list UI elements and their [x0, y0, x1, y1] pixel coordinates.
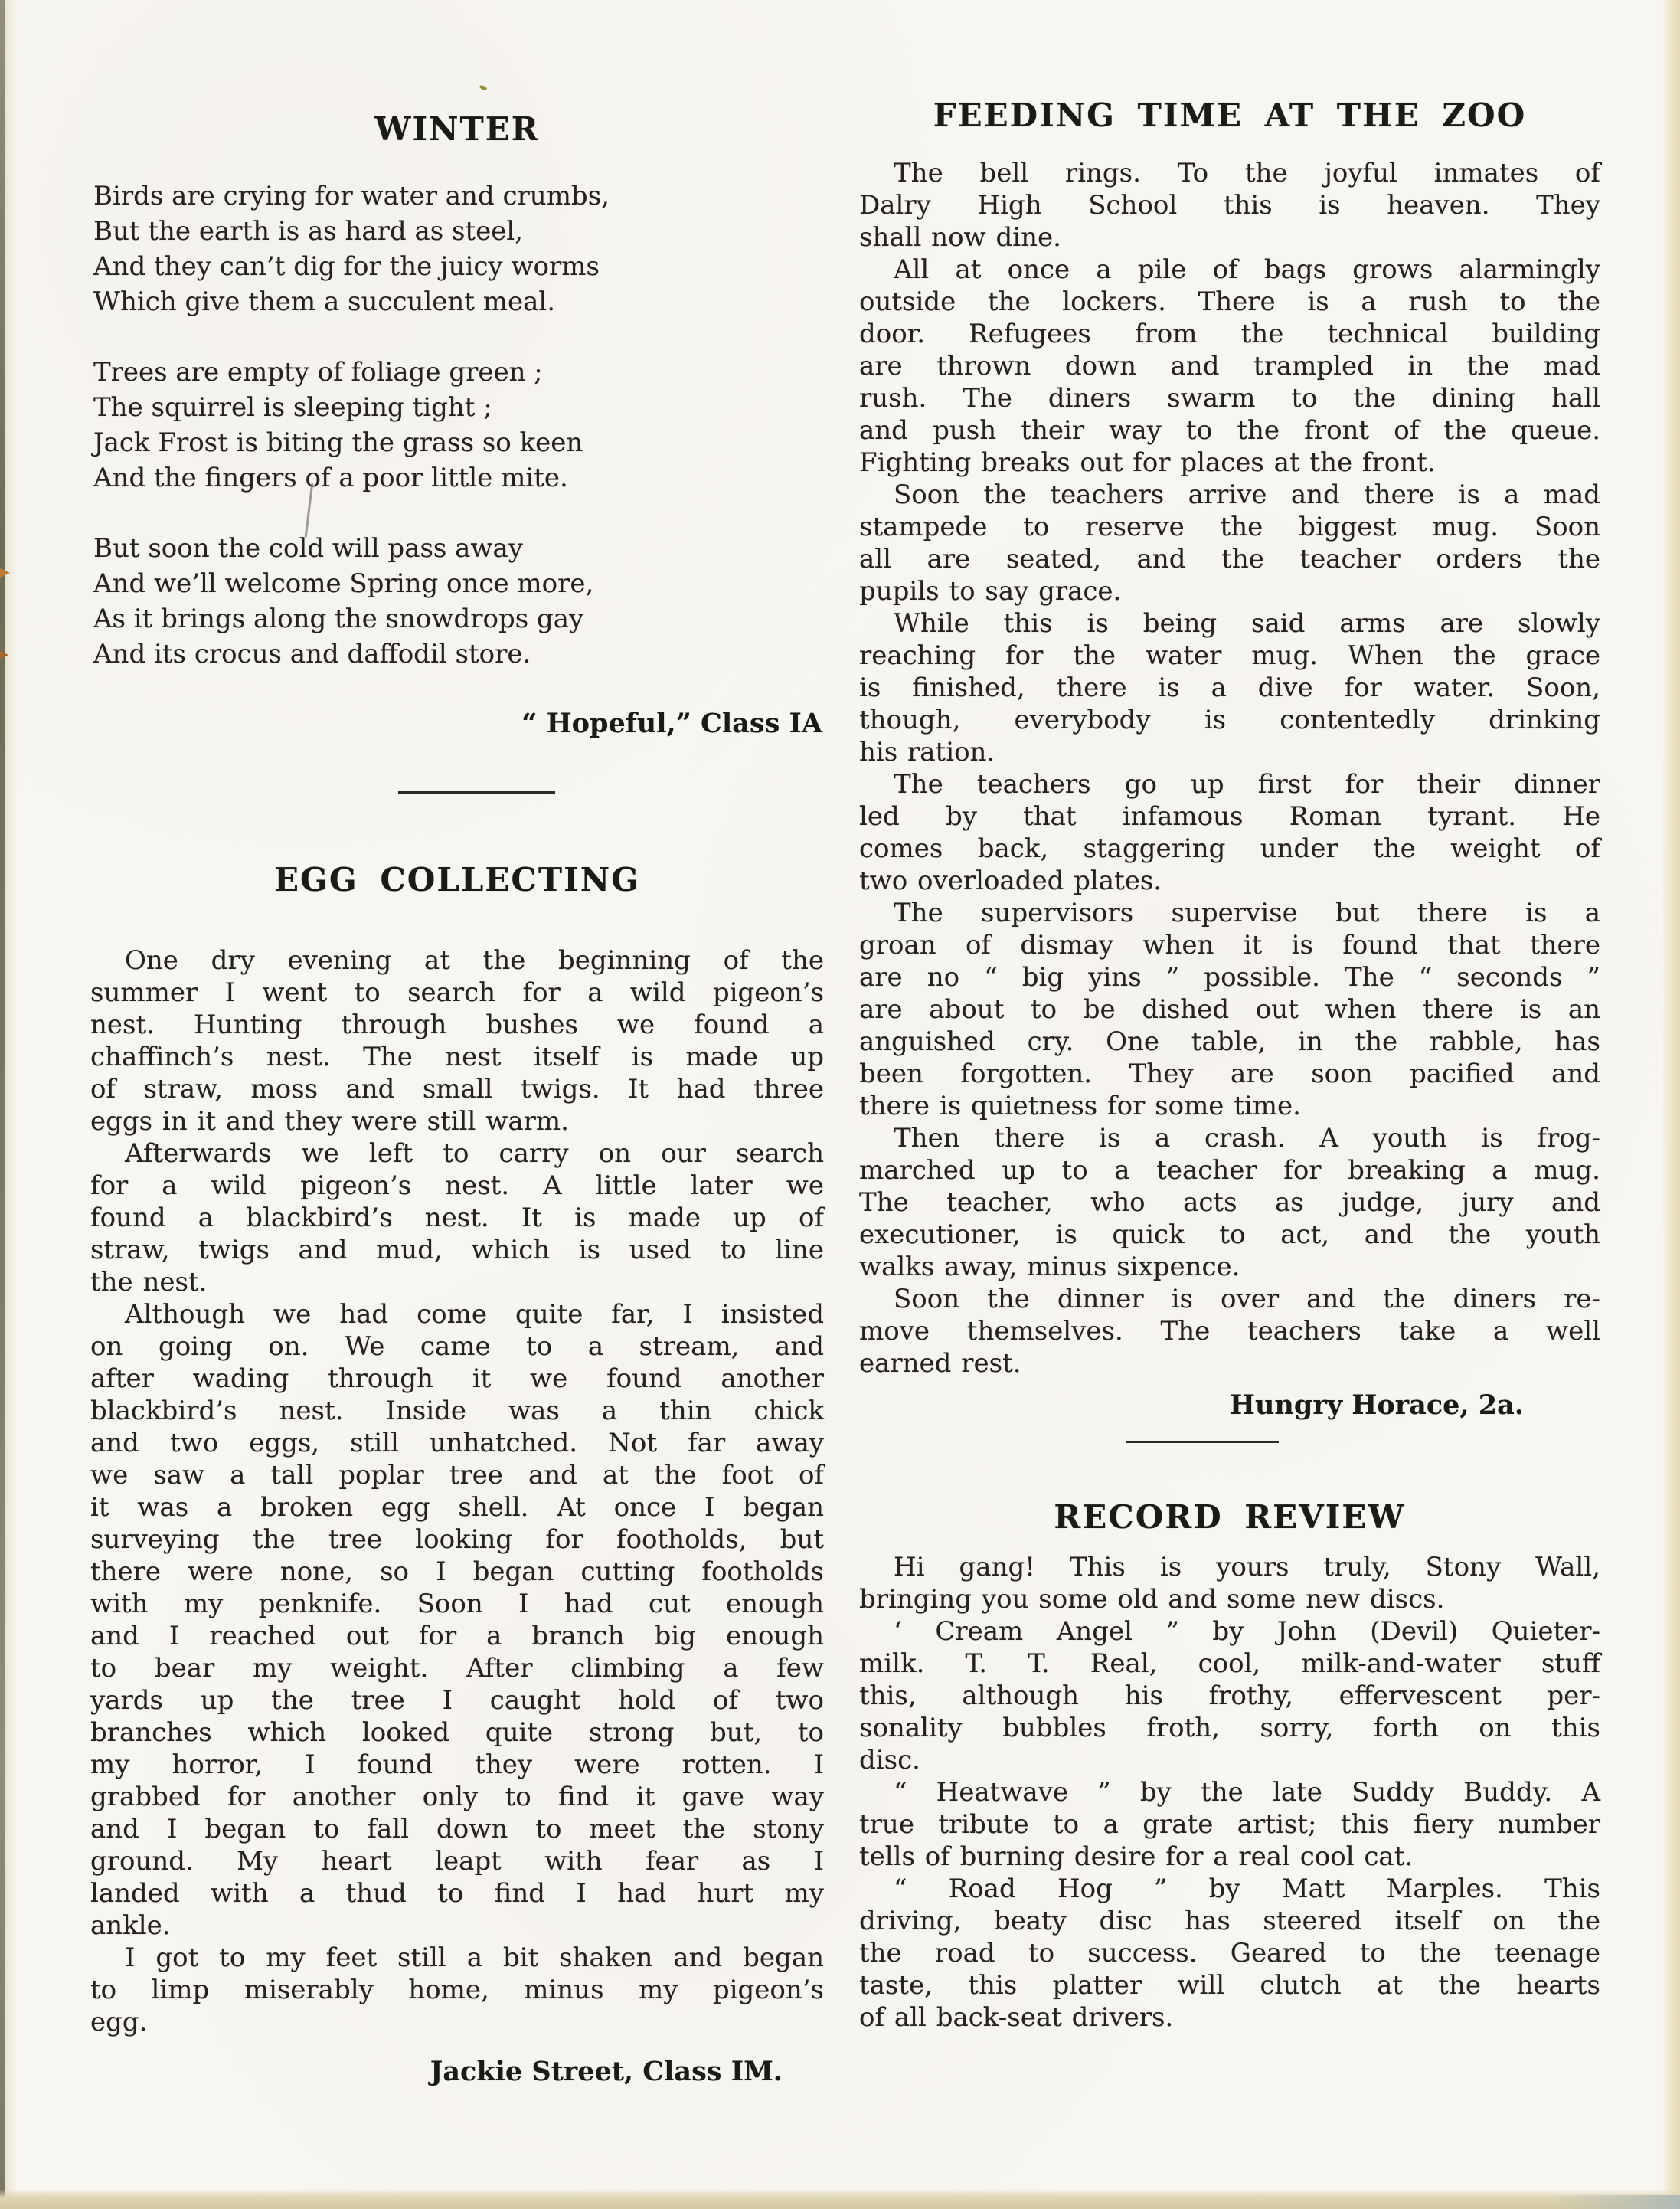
text-line: branches which looked quite strong but, … [90, 1716, 824, 1749]
text-line: walks away, minus sixpence. [859, 1251, 1600, 1283]
text-line: of straw, moss and small twigs. It had t… [90, 1073, 824, 1105]
text-line: are about to be dished out when there is… [859, 993, 1600, 1026]
text-line: executioner, is quick to act, and the yo… [859, 1219, 1600, 1251]
text-line: Dalry High School this is heaven. They [859, 189, 1600, 221]
paragraph: The teachers go up first for their dinne… [859, 768, 1600, 897]
winter-title: WINTER [90, 110, 824, 148]
text-line: two overloaded plates. [859, 865, 1600, 897]
text-line: found a blackbird’s nest. It is made up … [90, 1202, 824, 1234]
text-line: The bell rings. To the joyful inmates of [859, 157, 1600, 189]
text-line: and I reached out for a branch big enoug… [90, 1620, 824, 1652]
egg-collecting-title: EGG COLLECTING [90, 861, 824, 898]
text-line: stampede to reserve the biggest mug. Soo… [859, 511, 1600, 543]
text-line: of all back-seat drivers. [859, 2001, 1600, 2034]
text-line: we saw a tall poplar tree and at the foo… [90, 1459, 824, 1491]
text-line: The supervisors supervise but there is a [859, 897, 1600, 929]
paragraph: Soon the teachers arrive and there is a … [859, 479, 1600, 607]
text-line: One dry evening at the beginning of the [90, 944, 824, 977]
right-column: FEEDING TIME AT THE ZOO The bell rings. … [859, 0, 1600, 2034]
text-line: As it brings along the snowdrops gay [93, 601, 824, 637]
text-line: “ Heatwave ” by the late Suddy Buddy. A [859, 1776, 1600, 1808]
text-line: The squirrel is sleeping tight ; [93, 390, 824, 425]
paragraph: All at once a pile of bags grows alarmin… [859, 254, 1600, 479]
text-line: And they can’t dig for the juicy worms [93, 249, 824, 284]
text-line: and two eggs, still unhatched. Not far a… [90, 1427, 824, 1459]
text-line: and push their way to the front of the q… [859, 414, 1600, 447]
text-line: straw, twigs and mud, which is used to l… [90, 1234, 824, 1266]
text-line: Fighting breaks out for places at the fr… [859, 447, 1600, 479]
text-line: Soon the dinner is over and the diners r… [859, 1283, 1600, 1315]
paragraph: ‘ Cream Angel ” by John (Devil) Quieter-… [859, 1615, 1600, 1776]
feeding-time-body: The bell rings. To the joyful inmates of… [859, 157, 1600, 1379]
text-line: for a wild pigeon’s nest. A little later… [90, 1170, 824, 1202]
text-line: Although we had come quite far, I insist… [90, 1298, 824, 1330]
text-line: And its crocus and daffodil store. [93, 637, 824, 672]
text-line: blackbird’s nest. Inside was a thin chic… [90, 1395, 824, 1427]
text-line: after wading through it we found another [90, 1363, 824, 1395]
text-line: disc. [859, 1744, 1600, 1776]
paragraph: Then there is a crash. A youth is frog-m… [859, 1122, 1600, 1283]
paragraph: While this is being said arms are slowly… [859, 607, 1600, 768]
feeding-time-title: FEEDING TIME AT THE ZOO [859, 97, 1600, 134]
text-line: to limp miserably home, minus my pigeon’… [90, 1974, 824, 2006]
text-line: taste, this platter will clutch at the h… [859, 1969, 1600, 2001]
text-line: yards up the tree I caught hold of two [90, 1684, 824, 1716]
section-divider [1126, 1441, 1279, 1443]
text-line: there were none, so I began cutting foot… [90, 1556, 824, 1588]
paragraph: “ Heatwave ” by the late Suddy Buddy. At… [859, 1776, 1600, 1873]
text-line: comes back, staggering under the weight … [859, 833, 1600, 865]
text-line: rush. The diners swarm to the dining hal… [859, 382, 1600, 414]
record-review-body: Hi gang! This is yours truly, Stony Wall… [859, 1551, 1600, 2034]
text-line: But the earth is as hard as steel, [93, 214, 824, 249]
text-line: “ Road Hog ” by Matt Marples. This [859, 1873, 1600, 1905]
text-line: led by that infamous Roman tyrant. He [859, 800, 1600, 833]
text-line: shall now dine. [859, 221, 1600, 254]
text-line: is finished, there is a dive for water. … [859, 672, 1600, 704]
paragraph: Hi gang! This is yours truly, Stony Wall… [859, 1551, 1600, 1615]
text-line: ground. My heart leapt with fear as I [90, 1845, 824, 1877]
text-line: on going on. We came to a stream, and [90, 1330, 824, 1363]
paragraph: The bell rings. To the joyful inmates of… [859, 157, 1600, 254]
text-line: While this is being said arms are slowly [859, 607, 1600, 640]
text-line: The teacher, who acts as judge, jury and [859, 1186, 1600, 1219]
text-line: Soon the teachers arrive and there is a … [859, 479, 1600, 511]
text-line: ‘ Cream Angel ” by John (Devil) Quieter- [859, 1615, 1600, 1648]
text-line: reaching for the water mug. When the gra… [859, 640, 1600, 672]
text-line: Hi gang! This is yours truly, Stony Wall… [859, 1551, 1600, 1583]
text-line: pupils to say grace. [859, 575, 1600, 607]
text-line: Trees are empty of foliage green ; [93, 355, 824, 390]
text-line: bringing you some old and some new discs… [859, 1583, 1600, 1615]
text-line: Then there is a crash. A youth is frog- [859, 1122, 1600, 1154]
text-line: Jack Frost is biting the grass so keen [93, 425, 824, 460]
text-line: ankle. [90, 1910, 824, 1942]
text-line: And the fingers of a poor little mite. [93, 460, 824, 496]
text-line: marched up to a teacher for breaking a m… [859, 1154, 1600, 1186]
text-line: eggs in it and they were still warm. [90, 1105, 824, 1137]
paragraph: I got to my feet still a bit shaken and … [90, 1942, 824, 2038]
feeding-time-signature: Hungry Horace, 2a. [859, 1389, 1600, 1422]
text-line: there is quietness for some time. [859, 1090, 1600, 1122]
text-line: his ration. [859, 736, 1600, 768]
text-line: milk. T. T. Real, cool, milk-and-water s… [859, 1648, 1600, 1680]
text-line: And we’ll welcome Spring once more, [93, 566, 824, 601]
text-line: I got to my feet still a bit shaken and … [90, 1942, 824, 1974]
record-review-title: RECORD REVIEW [859, 1498, 1600, 1536]
text-line: Which give them a succulent meal. [93, 284, 824, 319]
text-line: surveying the tree looking for footholds… [90, 1523, 824, 1556]
text-line: sonality bubbles froth, sorry, forth on … [859, 1712, 1600, 1744]
text-line: egg. [90, 2006, 824, 2038]
text-line: landed with a thud to find I had hurt my [90, 1877, 824, 1910]
text-line: tells of burning desire for a real cool … [859, 1841, 1600, 1873]
poem-stanza: Birds are crying for water and crumbs,Bu… [93, 178, 824, 319]
egg-collecting-body: One dry evening at the beginning of thes… [90, 944, 824, 2038]
text-line: nest. Hunting through bushes we found a [90, 1009, 824, 1041]
text-line: are thrown down and trampled in the mad [859, 350, 1600, 382]
text-line: though, everybody is contentedly drinkin… [859, 704, 1600, 736]
magazine-page: WINTER Birds are crying for water and cr… [0, 0, 1680, 2209]
page-bottom-edge [0, 2189, 1680, 2209]
text-line: true tribute to a grate artist; this fie… [859, 1808, 1600, 1841]
text-line: The teachers go up first for their dinne… [859, 768, 1600, 800]
text-line: Afterwards we left to carry on our searc… [90, 1137, 824, 1170]
text-line: are no “ big yins ” possible. The “ seco… [859, 961, 1600, 993]
paragraph: The supervisors supervise but there is a… [859, 897, 1600, 1122]
left-column: WINTER Birds are crying for water and cr… [90, 0, 824, 2089]
text-line: with my penknife. Soon I had cut enough [90, 1588, 824, 1620]
winter-signature: “ Hopeful,” Class IA [90, 707, 824, 741]
egg-collecting-signature: Jackie Street, Class IM. [90, 2055, 824, 2089]
text-line: chaffinch’s nest. The nest itself is mad… [90, 1041, 824, 1073]
text-line: earned rest. [859, 1347, 1600, 1379]
text-line: groan of dismay when it is found that th… [859, 929, 1600, 961]
paragraph: Soon the dinner is over and the diners r… [859, 1283, 1600, 1379]
text-line: Birds are crying for water and crumbs, [93, 178, 824, 214]
page-right-edge [1662, 0, 1680, 2209]
poem-stanza: But soon the cold will pass awayAnd we’l… [93, 531, 824, 672]
paragraph: Although we had come quite far, I insist… [90, 1298, 824, 1942]
text-line: All at once a pile of bags grows alarmin… [859, 254, 1600, 286]
text-line: all are seated, and the teacher orders t… [859, 543, 1600, 575]
text-line: outside the lockers. There is a rush to … [859, 286, 1600, 318]
text-line: to bear my weight. After climbing a few [90, 1652, 824, 1684]
section-divider [398, 791, 555, 794]
paragraph: Afterwards we left to carry on our searc… [90, 1137, 824, 1298]
text-line: the road to success. Geared to the teena… [859, 1937, 1600, 1969]
text-line: driving, beaty disc has steered itself o… [859, 1905, 1600, 1937]
text-line: door. Refugees from the technical buildi… [859, 318, 1600, 350]
text-line: But soon the cold will pass away [93, 531, 824, 566]
text-line: move themselves. The teachers take a wel… [859, 1315, 1600, 1347]
text-line: anguished cry. One table, in the rabble,… [859, 1026, 1600, 1058]
text-line: it was a broken egg shell. At once I beg… [90, 1491, 824, 1523]
text-line: this, although his frothy, effervescent … [859, 1680, 1600, 1712]
text-line: and I began to fall down to meet the sto… [90, 1813, 824, 1845]
text-line: summer I went to search for a wild pigeo… [90, 977, 824, 1009]
scan-corner-shadow [1535, 2195, 1680, 2209]
text-line: the nest. [90, 1266, 824, 1298]
winter-poem: Birds are crying for water and crumbs,Bu… [93, 178, 824, 672]
paragraph: One dry evening at the beginning of thes… [90, 944, 824, 1137]
text-line: been forgotten. They are soon pacified a… [859, 1058, 1600, 1090]
text-line: grabbed for another only to find it gave… [90, 1781, 824, 1813]
paragraph: “ Road Hog ” by Matt Marples. Thisdrivin… [859, 1873, 1600, 2034]
text-line: my horror, I found they were rotten. I [90, 1749, 824, 1781]
page-spine-shadow [5, 0, 17, 2209]
poem-stanza: Trees are empty of foliage green ;The sq… [93, 355, 824, 496]
